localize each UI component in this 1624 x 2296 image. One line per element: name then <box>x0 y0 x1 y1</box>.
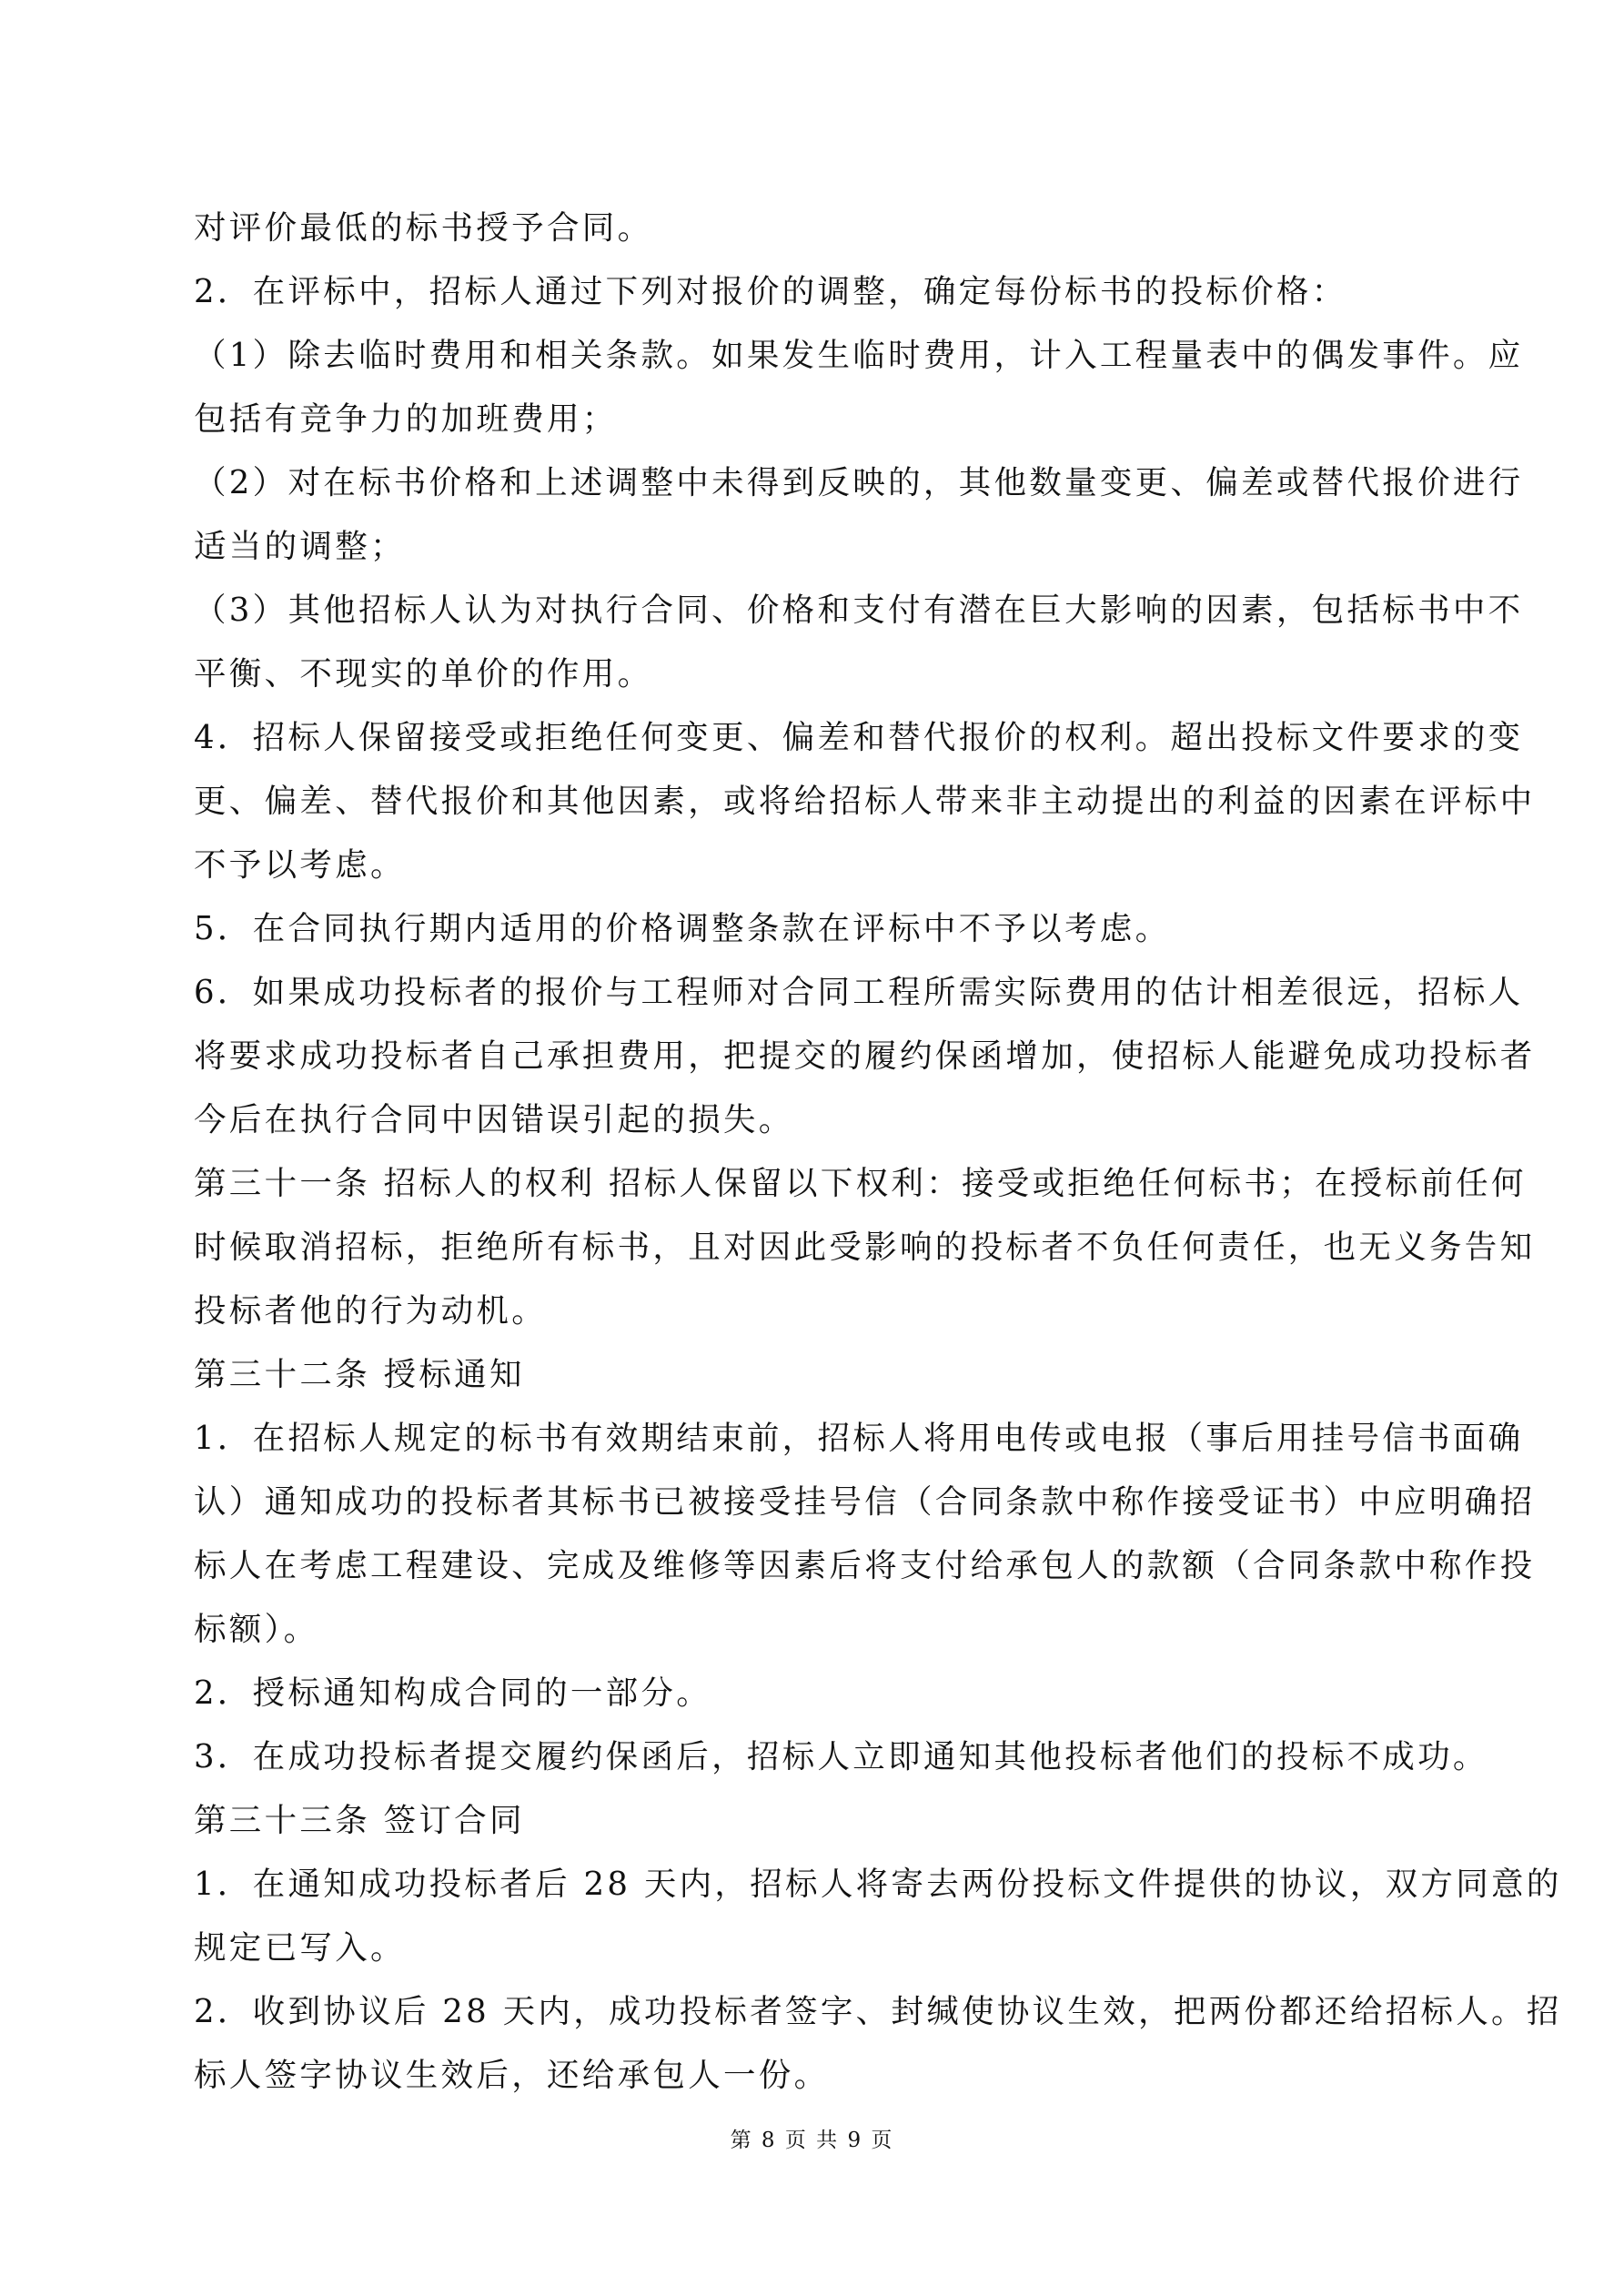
document-body: 对评价最低的标书授予合同。 2．在评标中，招标人通过下列对报价的调整，确定每份标… <box>194 202 1433 2113</box>
article-32-heading: 第三十二条 授标通知 <box>194 1349 1433 1412</box>
text-line: 规定已写入。 <box>194 1922 1433 1986</box>
text-line: 1．在招标人规定的标书有效期结束前，招标人将用电传或电报（事后用挂号信书面确 <box>194 1412 1433 1476</box>
article-33-heading: 第三十三条 签订合同 <box>194 1795 1433 1858</box>
page-number-footer: 第 8 页 共 9 页 <box>0 2123 1624 2153</box>
article-31-heading: 第三十一条 招标人的权利 招标人保留以下权利：接受或拒绝任何标书；在授标前任何 <box>194 1158 1433 1221</box>
text-line: 认）通知成功的投标者其标书已被接受挂号信（合同条款中称作接受证书）中应明确招 <box>194 1476 1433 1540</box>
text-line: 4．招标人保留接受或拒绝任何变更、偏差和替代报价的权利。超出投标文件要求的变 <box>194 712 1433 775</box>
text-line: 对评价最低的标书授予合同。 <box>194 202 1433 266</box>
text-line: 1．在通知成功投标者后 28 天内，招标人将寄去两份投标文件提供的协议，双方同意… <box>194 1858 1433 1922</box>
document-page: 对评价最低的标书授予合同。 2．在评标中，招标人通过下列对报价的调整，确定每份标… <box>0 0 1624 2296</box>
text-line: 2．授标通知构成合同的一部分。 <box>194 1667 1433 1731</box>
text-line: 2．在评标中，招标人通过下列对报价的调整，确定每份标书的投标价格： <box>194 266 1433 329</box>
text-line: （1）除去临时费用和相关条款。如果发生临时费用，计入工程量表中的偶发事件。应 <box>194 329 1433 393</box>
text-line: （3）其他招标人认为对执行合同、价格和支付有潜在巨大影响的因素，包括标书中不 <box>194 584 1433 648</box>
text-line: 标人在考虑工程建设、完成及维修等因素后将支付给承包人的款额（合同条款中称作投 <box>194 1540 1433 1603</box>
text-line: 标人签字协议生效后，还给承包人一份。 <box>194 2049 1433 2113</box>
text-line: 平衡、不现实的单价的作用。 <box>194 648 1433 712</box>
text-line: 时候取消招标，拒绝所有标书，且对因此受影响的投标者不负任何责任，也无义务告知 <box>194 1221 1433 1285</box>
text-line: （2）对在标书价格和上述调整中未得到反映的，其他数量变更、偏差或替代报价进行 <box>194 457 1433 521</box>
text-line: 5．在合同执行期内适用的价格调整条款在评标中不予以考虑。 <box>194 903 1433 966</box>
text-line: 今后在执行合同中因错误引起的损失。 <box>194 1094 1433 1158</box>
text-line: 适当的调整； <box>194 521 1433 584</box>
text-line: 投标者他的行为动机。 <box>194 1285 1433 1349</box>
text-line: 2．收到协议后 28 天内，成功投标者签字、封缄使协议生效，把两份都还给招标人。… <box>194 1986 1433 2049</box>
text-line: 3．在成功投标者提交履约保函后，招标人立即通知其他投标者他们的投标不成功。 <box>194 1731 1433 1795</box>
text-line: 将要求成功投标者自己承担费用，把提交的履约保函增加，使招标人能避免成功投标者 <box>194 1030 1433 1094</box>
text-line: 不予以考虑。 <box>194 839 1433 903</box>
text-line: 更、偏差、替代报价和其他因素，或将给招标人带来非主动提出的利益的因素在评标中 <box>194 775 1433 839</box>
text-line: 标额）。 <box>194 1603 1433 1667</box>
text-line: 6．如果成功投标者的报价与工程师对合同工程所需实际费用的估计相差很远，招标人 <box>194 966 1433 1030</box>
text-line: 包括有竞争力的加班费用； <box>194 393 1433 457</box>
